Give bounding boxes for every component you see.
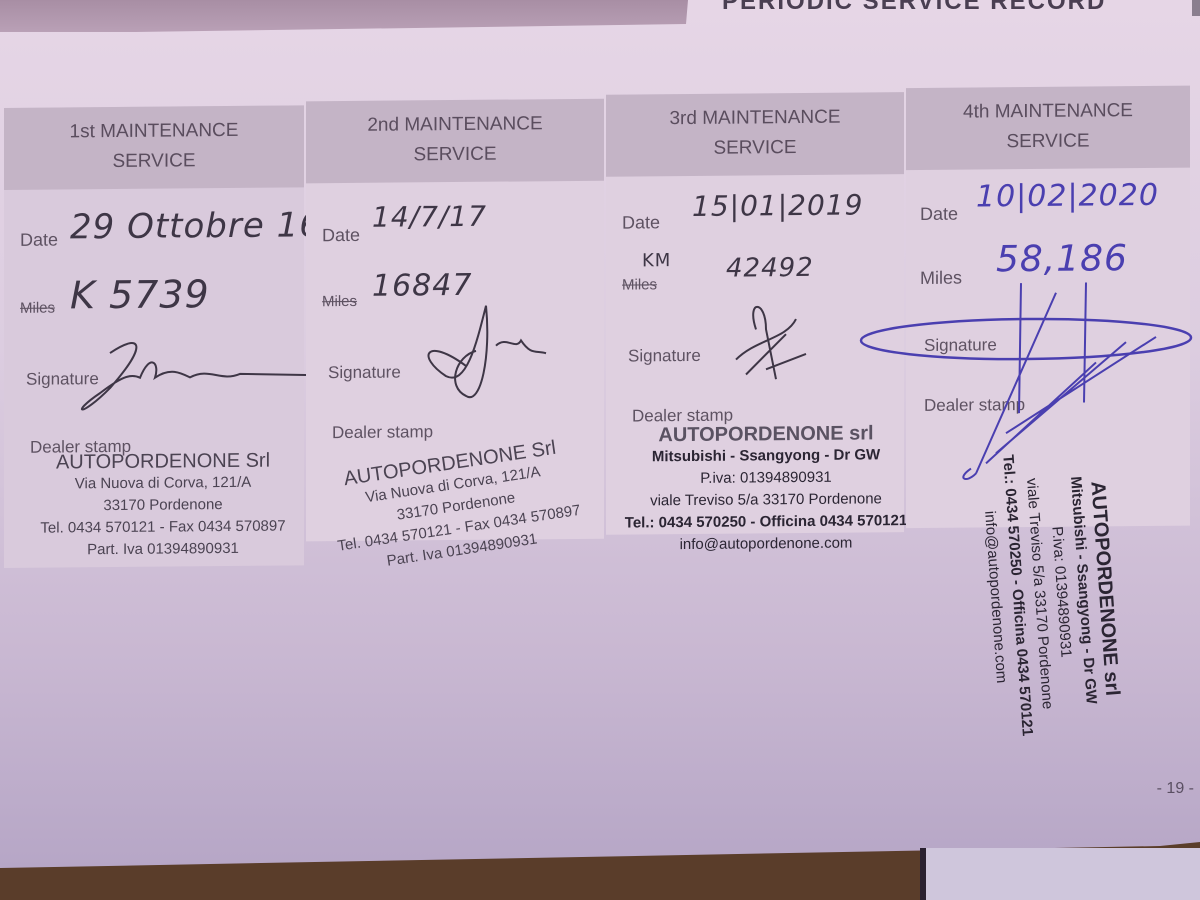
- mileage-value: 58,186: [996, 238, 1128, 280]
- column-heading: 1st MAINTENANCE SERVICE: [4, 105, 304, 190]
- signature-label: Signature: [628, 346, 701, 367]
- service-booklet-page: PERIODIC SERVICE RECORD 1st MAINTENANCE …: [0, 0, 1200, 870]
- service-column-2: 2nd MAINTENANCE SERVICE Date 14/7/17 Mil…: [306, 99, 604, 542]
- date-label: Date: [920, 204, 958, 225]
- date-value: 15|01|2019: [692, 188, 863, 222]
- header-rule: [1192, 0, 1200, 16]
- date-value: 29 Ottobre 16: [70, 205, 322, 247]
- miles-label: Miles: [20, 300, 55, 317]
- date-value: 14/7/17: [372, 200, 487, 234]
- mileage-value: K 5739: [70, 272, 210, 317]
- km-handwritten-label: KM: [642, 250, 671, 271]
- date-label: Date: [622, 212, 660, 233]
- date-label: Date: [20, 229, 58, 250]
- signature-scribble-icon: [726, 299, 816, 390]
- dealer-stamp: AUTOPORDENONE Srl Via Nuova di Corva, 12…: [18, 449, 308, 562]
- miles-label: Miles: [322, 293, 357, 310]
- page-number: - 19 -: [1157, 780, 1194, 798]
- signature-scribble-icon: [406, 295, 566, 416]
- service-column-1: 1st MAINTENANCE SERVICE Date 29 Ottobre …: [4, 105, 304, 568]
- service-column-4: 4th MAINTENANCE SERVICE Date 10|02|2020 …: [906, 86, 1190, 528]
- service-record-table: 1st MAINTENANCE SERVICE Date 29 Ottobre …: [0, 86, 1195, 576]
- column-heading: 3rd MAINTENANCE SERVICE: [606, 92, 904, 177]
- underlying-page-edge: [920, 848, 1200, 900]
- page-title: PERIODIC SERVICE RECORD: [722, 0, 1106, 16]
- miles-label: Miles: [622, 276, 657, 293]
- signature-label: Signature: [328, 363, 401, 384]
- column-heading: 2nd MAINTENANCE SERVICE: [306, 99, 604, 184]
- date-value: 10|02|2020: [976, 178, 1159, 215]
- signature-scribble-icon: [856, 282, 1196, 495]
- signature-scribble-icon: [70, 331, 330, 423]
- date-label: Date: [322, 225, 360, 246]
- dealer-stamp: AUTOPORDENONE Srl Via Nuova di Corva, 12…: [300, 430, 612, 583]
- header-bar: [0, 0, 688, 32]
- mileage-value: 42492: [726, 253, 814, 284]
- dealer-stamp-label: Dealer stamp: [332, 422, 433, 443]
- column-heading: 4th MAINTENANCE SERVICE: [906, 86, 1190, 170]
